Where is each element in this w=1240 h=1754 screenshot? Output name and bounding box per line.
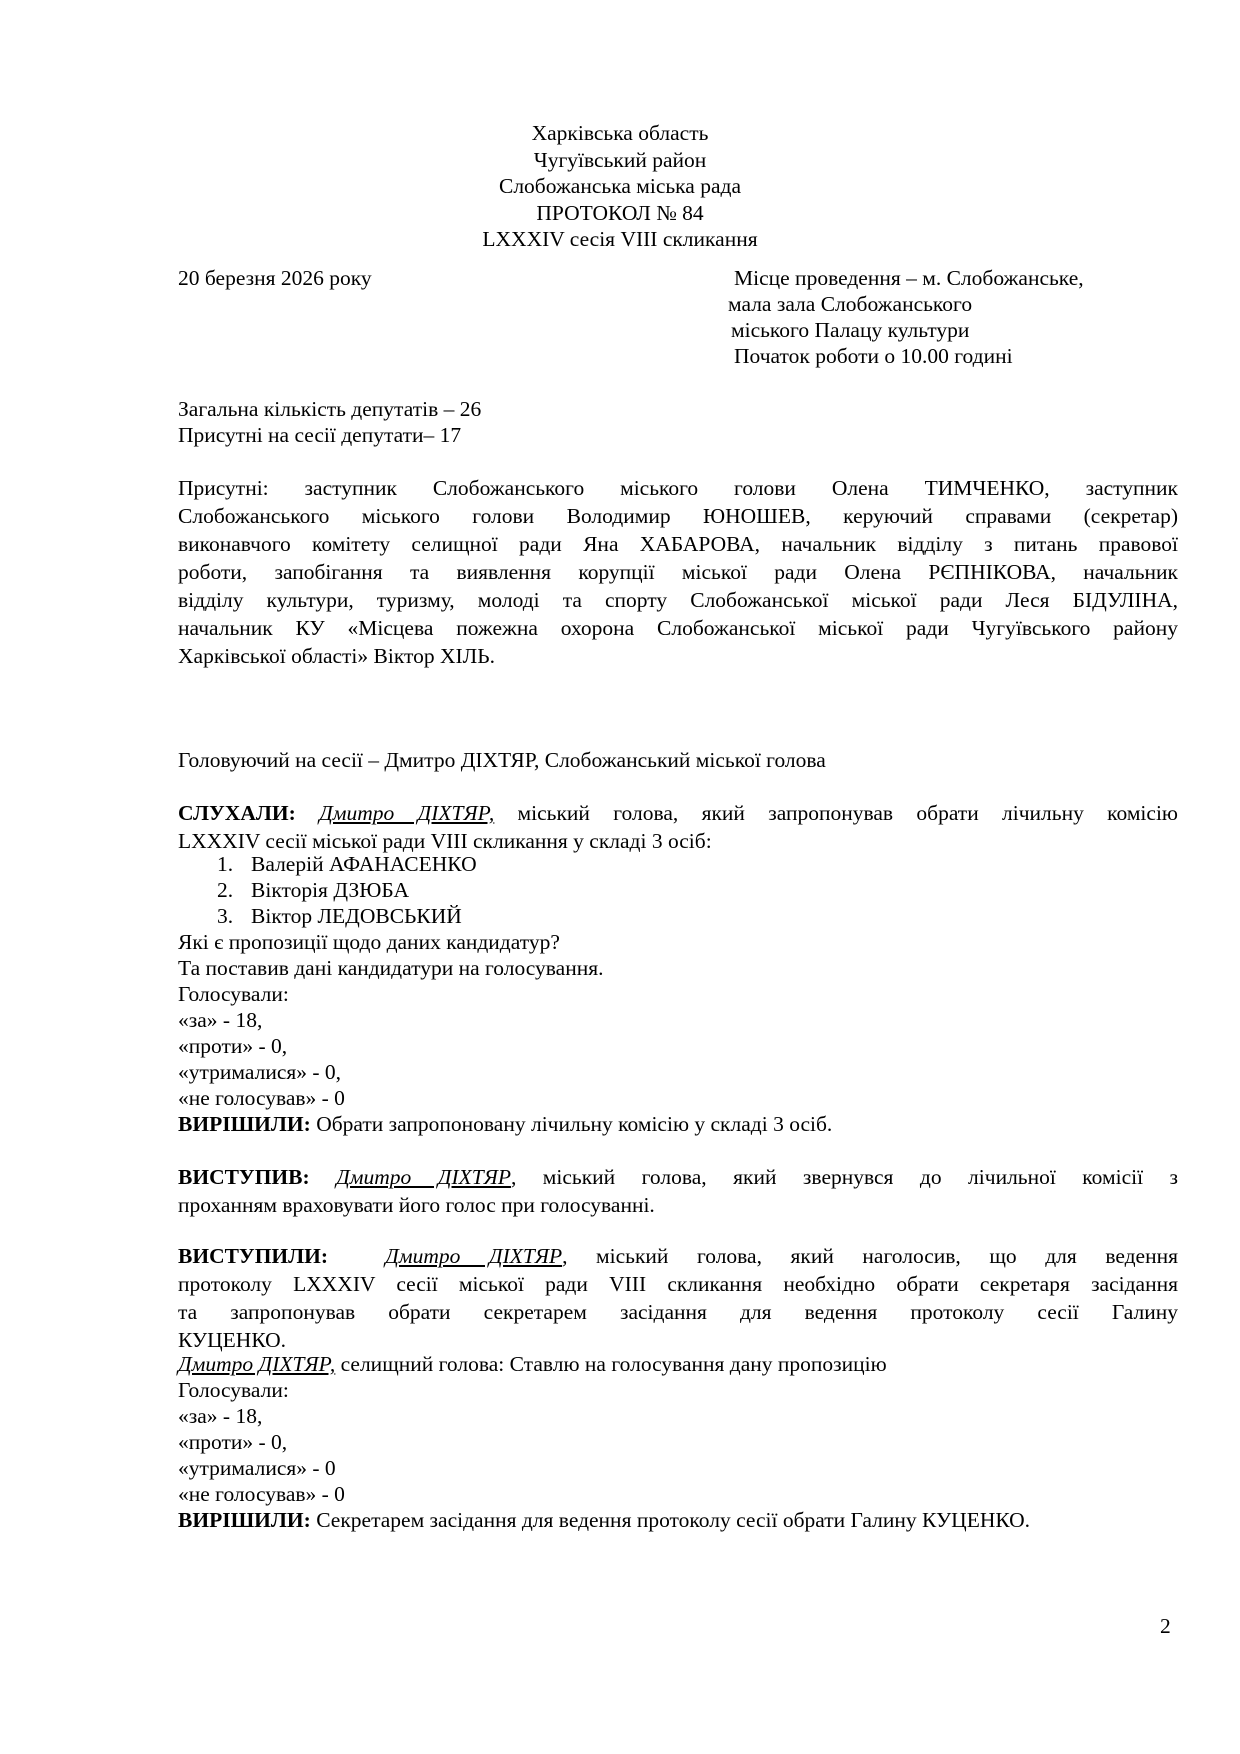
present-line: Харківської області» Віктор ХІЛЬ. (178, 642, 1178, 670)
venue-line-2: мала зала Слобожанського (728, 291, 972, 318)
heard-label: СЛУХАЛИ: (178, 801, 296, 825)
speaker2-line: Дмитро ДІХТЯР, селищний голова: Ставлю н… (178, 1351, 887, 1378)
vote-abstain: «утрималися» - 0 (178, 1455, 336, 1482)
candidate-item: 2.Вікторія ДЗЮБА (217, 877, 409, 904)
document-page: Харківська область Чугуївський район Сло… (0, 0, 1240, 1754)
vote-not-voted: «не голосував» - 0 (178, 1481, 345, 1508)
present-deputies: Присутні на сесії депутати– 17 (178, 422, 461, 449)
present-line: відділу культури, туризму, молоді та спо… (178, 586, 1178, 614)
vote-for: «за» - 18, (178, 1403, 262, 1430)
item-spoke: ВИСТУПИВ: Дмитро ДІХТЯР, міський голова,… (178, 1163, 1178, 1219)
heard-text: міський голова, який запропонував обрати… (494, 801, 1178, 825)
protocol-title: ПРОТОКОЛ № 84 (0, 200, 1240, 227)
vote-not-voted: «не голосував» - 0 (178, 1085, 345, 1112)
present-line: виконавчого комітету селищної ради Яна Х… (178, 530, 1178, 558)
district-line: Чугуївський район (0, 147, 1240, 174)
item-heard: СЛУХАЛИ: Дмитро ДІХТЯР, міський голова, … (178, 799, 1178, 855)
voted-label: Голосували: (178, 981, 289, 1008)
chair-line: Головуючий на сесії – Дмитро ДІХТЯР, Сло… (178, 747, 826, 774)
speaker-name: Дмитро ДІХТЯР (385, 1244, 562, 1268)
vote-against: «проти» - 0, (178, 1033, 287, 1060)
present-line: Слобожанського міського голови Володимир… (178, 502, 1178, 530)
present-line: Присутні: заступник Слобожанського міськ… (178, 474, 1178, 502)
decision-line: ВИРІШИЛИ: Обрати запропоновану лічильну … (178, 1111, 832, 1138)
question-line: Які є пропозиції щодо даних кандидатур? (178, 929, 560, 956)
decision-label: ВИРІШИЛИ: (178, 1508, 311, 1532)
vote-for: «за» - 18, (178, 1007, 262, 1034)
council-line: Слобожанська міська рада (0, 173, 1240, 200)
present-line: роботи, запобігання та виявлення корупці… (178, 558, 1178, 586)
speaker-name: Дмитро ДІХТЯР, (319, 801, 494, 825)
candidate-item: 1.Валерій АФАНАСЕНКО (217, 851, 477, 878)
region-line: Харківська область (0, 120, 1240, 147)
decision-label: ВИРІШИЛИ: (178, 1112, 311, 1136)
total-deputies: Загальна кількість депутатів – 26 (178, 396, 481, 423)
speaker-name: Дмитро ДІХТЯР (336, 1165, 511, 1189)
candidate-item: 3.Віктор ЛЕДОВСЬКИЙ (217, 903, 462, 930)
present-paragraph: Присутні: заступник Слобожанського міськ… (178, 474, 1178, 670)
voted-label: Голосували: (178, 1377, 289, 1404)
session-line: LXXXIV сесія VIII скликання (0, 226, 1240, 253)
meeting-date: 20 березня 2026 року (178, 265, 372, 292)
spoke-multiple-label: ВИСТУПИЛИ: (178, 1244, 328, 1268)
vote-against: «проти» - 0, (178, 1429, 287, 1456)
start-time: Початок роботи о 10.00 годині (734, 343, 1013, 370)
venue-line-3: міського Палацу культури (731, 317, 969, 344)
vote-abstain: «утрималися» - 0, (178, 1059, 341, 1086)
document-header: Харківська область Чугуївський район Сло… (0, 120, 1240, 253)
speaker-name: Дмитро ДІХТЯР, (178, 1352, 335, 1376)
spoke-label: ВИСТУПИВ: (178, 1165, 310, 1189)
spoke-text-2: проханням враховувати його голос при гол… (178, 1191, 1178, 1219)
venue-line-1: Місце проведення – м. Слобожанське, (734, 265, 1084, 292)
present-line: начальник КУ «Місцева пожежна охорона Сл… (178, 614, 1178, 642)
decision-line: ВИРІШИЛИ: Секретарем засідання для веден… (178, 1507, 1030, 1534)
put-to-vote-line: Та поставив дані кандидатури на голосува… (178, 955, 604, 982)
page-number: 2 (1160, 1614, 1171, 1639)
item-spoke-multiple: ВИСТУПИЛИ: Дмитро ДІХТЯР, міський голова… (178, 1242, 1178, 1354)
